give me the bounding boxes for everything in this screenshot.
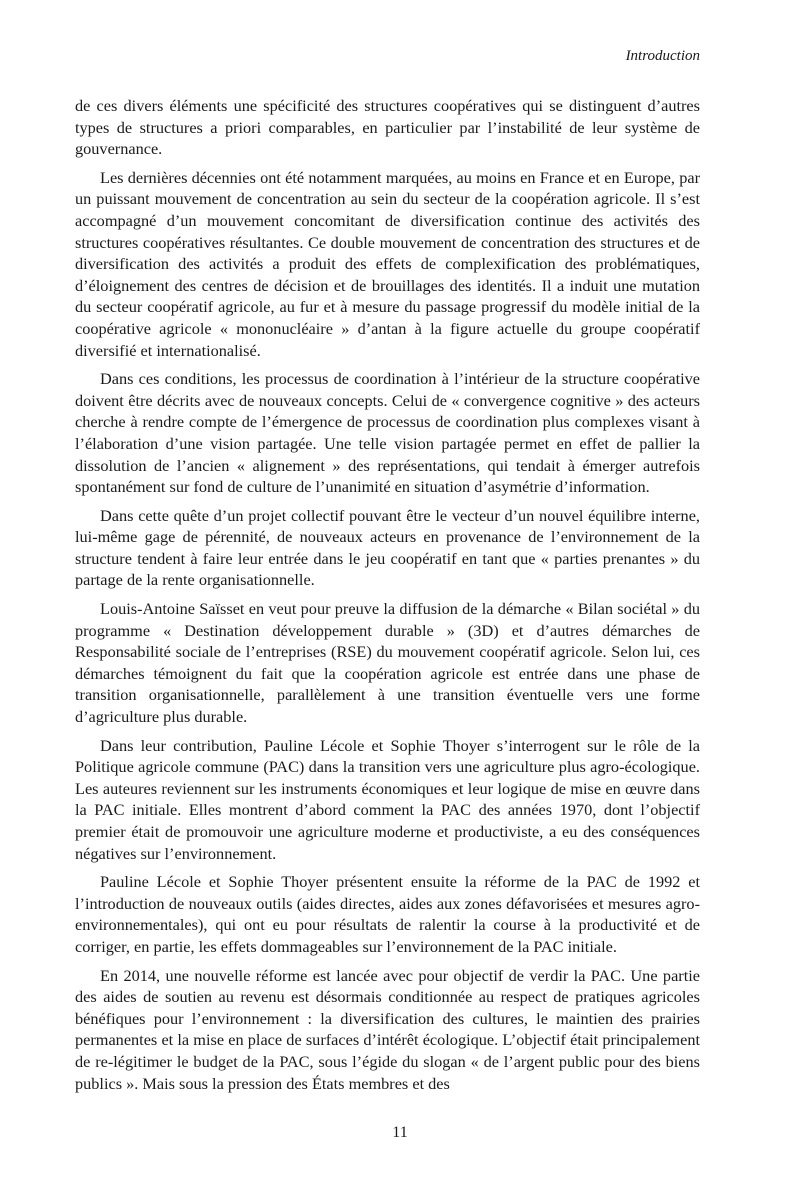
page-body: de ces divers éléments une spécificité d… [75,95,700,1101]
paragraph: En 2014, une nouvelle réforme est lancée… [75,965,700,1095]
paragraph: Dans cette quête d’un projet collectif p… [75,505,700,591]
paragraph: Pauline Lécole et Sophie Thoyer présente… [75,871,700,957]
paragraph: Dans ces conditions, les processus de co… [75,368,700,498]
page-number: 11 [0,1124,800,1142]
paragraph: Les dernières décennies ont été notammen… [75,167,700,361]
running-head: Introduction [626,48,700,65]
paragraph-continued: de ces divers éléments une spécificité d… [75,95,700,160]
paragraph: Louis-Antoine Saïsset en veut pour preuv… [75,598,700,728]
paragraph: Dans leur contribution, Pauline Lécole e… [75,735,700,865]
